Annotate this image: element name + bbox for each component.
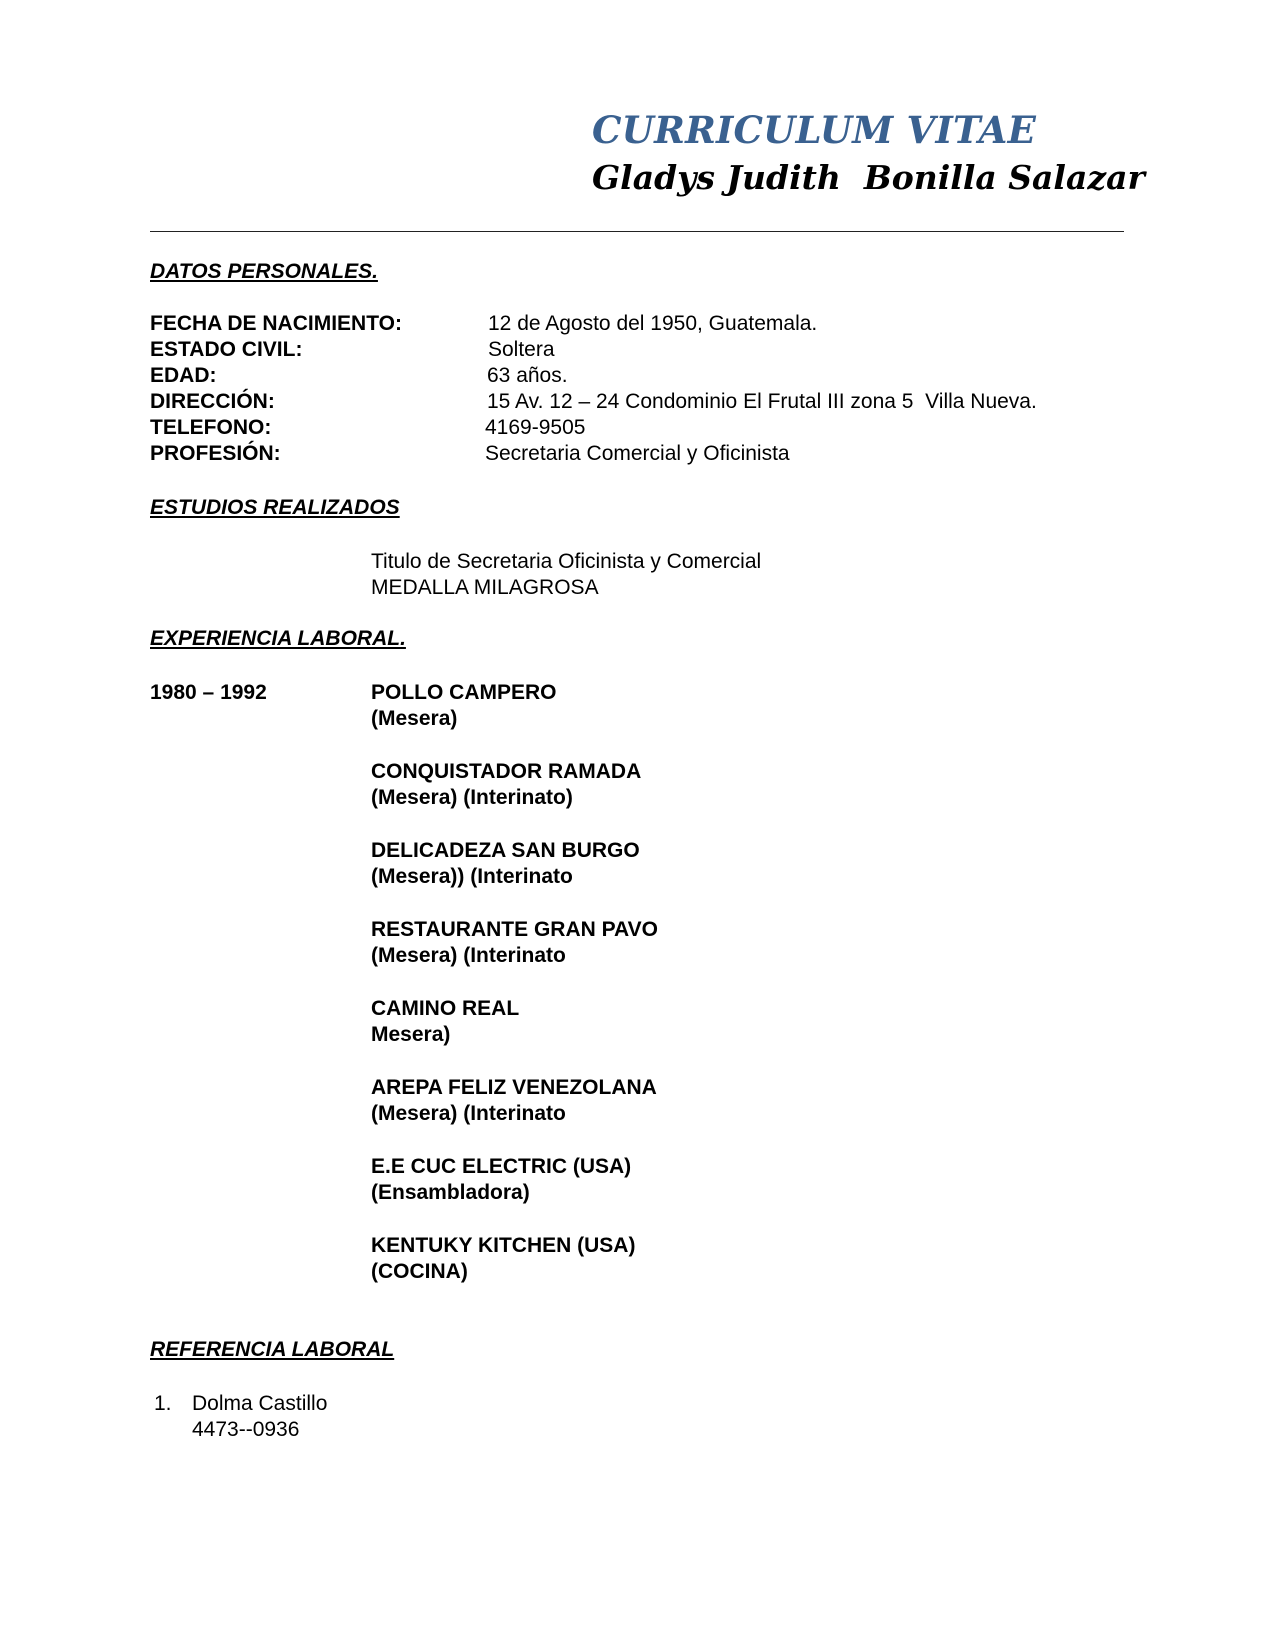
job-role: (Ensambladora) — [371, 1180, 631, 1206]
value-profession: Secretaria Comercial y Oficinista — [485, 442, 790, 466]
job-role: (Mesera) (Interinato) — [371, 785, 641, 811]
job-entry: CAMINO REAL Mesera) — [371, 996, 519, 1048]
job-company: CONQUISTADOR RAMADA — [371, 759, 641, 785]
value-phone: 4169-9505 — [485, 416, 585, 440]
job-company: DELICADEZA SAN BURGO — [371, 838, 640, 864]
education-degree: Titulo de Secretaria Oficinista y Comerc… — [371, 549, 761, 575]
section-heading-experience: EXPERIENCIA LABORAL. — [150, 627, 406, 651]
job-company: CAMINO REAL — [371, 996, 519, 1022]
job-company: RESTAURANTE GRAN PAVO — [371, 917, 658, 943]
section-heading-references: REFERENCIA LABORAL — [150, 1338, 394, 1362]
job-role: (Mesera)) (Interinato — [371, 864, 640, 890]
label-age: EDAD: — [150, 364, 217, 388]
job-entry: E.E CUC ELECTRIC (USA) (Ensambladora) — [371, 1154, 631, 1206]
experience-period: 1980 – 1992 — [150, 680, 267, 706]
job-entry: AREPA FELIZ VENEZOLANA (Mesera) (Interin… — [371, 1075, 657, 1127]
label-civil-status: ESTADO CIVIL: — [150, 338, 302, 362]
job-role: (COCINA) — [371, 1259, 635, 1285]
section-heading-personal: DATOS PERSONALES. — [150, 260, 378, 284]
reference-number: 1. — [154, 1391, 172, 1417]
reference-phone: 4473--0936 — [192, 1417, 299, 1443]
job-role: (Mesera) — [371, 706, 557, 732]
job-role: Mesera) — [371, 1022, 519, 1048]
job-company: POLLO CAMPERO — [371, 680, 557, 706]
job-entry: RESTAURANTE GRAN PAVO (Mesera) (Interina… — [371, 917, 658, 969]
value-civil-status: Soltera — [488, 338, 555, 362]
value-birthdate: 12 de Agosto del 1950, Guatemala. — [488, 312, 817, 336]
candidate-name: Gladys Judith Bonilla Salazar — [592, 158, 1145, 197]
label-phone: TELEFONO: — [150, 416, 271, 440]
job-company: E.E CUC ELECTRIC (USA) — [371, 1154, 631, 1180]
section-heading-education: ESTUDIOS REALIZADOS — [150, 496, 400, 520]
job-entry: CONQUISTADOR RAMADA (Mesera) (Interinato… — [371, 759, 641, 811]
value-age: 63 años. — [487, 364, 568, 388]
job-entry: DELICADEZA SAN BURGO (Mesera)) (Interina… — [371, 838, 640, 890]
job-role: (Mesera) (Interinato — [371, 943, 658, 969]
label-profession: PROFESIÓN: — [150, 442, 281, 466]
label-birthdate: FECHA DE NACIMIENTO: — [150, 312, 402, 336]
job-company: AREPA FELIZ VENEZOLANA — [371, 1075, 657, 1101]
education-institution: MEDALLA MILAGROSA — [371, 575, 599, 601]
reference-name: Dolma Castillo — [192, 1391, 327, 1417]
value-address: 15 Av. 12 – 24 Condominio El Frutal III … — [487, 390, 1037, 414]
job-entry: POLLO CAMPERO (Mesera) — [371, 680, 557, 732]
document-title: CURRICULUM VITAE — [592, 108, 1036, 152]
job-role: (Mesera) (Interinato — [371, 1101, 657, 1127]
job-company: KENTUKY KITCHEN (USA) — [371, 1233, 635, 1259]
label-address: DIRECCIÓN: — [150, 390, 275, 414]
header-divider — [150, 231, 1124, 232]
job-entry: KENTUKY KITCHEN (USA) (COCINA) — [371, 1233, 635, 1285]
